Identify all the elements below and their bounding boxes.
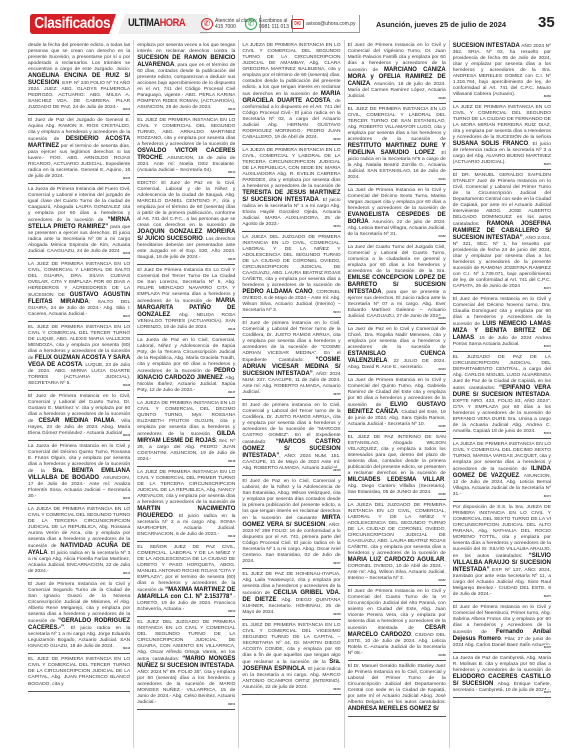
contact-email[interactable]: ✉ avisos@uhora.com.py: [290, 15, 360, 33]
notice-code: 89135: [122, 176, 130, 182]
notice-code: 89137: [122, 314, 130, 320]
legal-notice: LA JUEZA DEL JUZGADO DE PRIMERA INSTANCI…: [348, 502, 446, 586]
legal-notice: El Juez de Paz en lo Civil, Comercial y …: [242, 478, 340, 569]
contact-whatsapp-text: Escribinos al 0981 111 013: [259, 18, 289, 30]
notice-code: 89145: [227, 257, 235, 263]
legal-notice: El Juez de Primera Instancia en lo Civil…: [28, 393, 130, 441]
legal-notice: El Juez De Primera Instancia En Lo Civil…: [137, 267, 235, 335]
notice-code: 89175: [543, 594, 551, 600]
contact-phone-value: 415 7000: [215, 24, 236, 30]
contact-email-value: avisos@uhora.com.py: [306, 21, 356, 27]
page-number: 35: [538, 14, 555, 31]
notice-code: 89160: [438, 96, 446, 102]
notice-text: EL JUEZ DE PRIMERA INSTANCIA EN LO CIVIL…: [348, 107, 446, 142]
deceased-name: PEDRO ALDAMA CANO: [242, 289, 312, 295]
legal-notice: La Jueza de Primera Instancia en lo Civi…: [28, 443, 130, 504]
deceased-name: MARIA LUZ CARDOZO AGUILAR: [348, 557, 445, 563]
deceased-name: SUCESION INTESTADA: [453, 43, 520, 49]
logo-part-ultima: ULTIMA: [128, 17, 160, 29]
notice-text: La Juez de Primera Instancia en lo Civil…: [348, 188, 446, 211]
notice-code: 89159: [332, 687, 340, 693]
notice-text: Por disposición de S.S. la Sra. JUEZA DE…: [453, 505, 551, 559]
column-5: SUCESION INTESTADA AÑO 2024 Nº 352. SRIA…: [449, 40, 554, 748]
legal-notice: La Jueza de Paz en lo Civil, Comercial, …: [137, 337, 235, 398]
legal-notice: La Juez de Paz en lo Civil y Comercial d…: [348, 326, 446, 375]
notice-code: 89171: [543, 286, 551, 292]
notice-code: 89153: [332, 224, 340, 230]
notice-details: . EXPTE NRO. 423, FOLIO 83, AÑO 2024”. C…: [453, 393, 551, 434]
legal-notice: La Jueza de Paz de Cambyretá, Abg. María…: [453, 655, 551, 698]
section-title: Clasificados: [30, 14, 116, 34]
notice-code: 89141: [122, 571, 130, 577]
notice-text: emplaza por sesenta veces a los que teng…: [137, 43, 235, 54]
notice-code: 89148: [227, 459, 235, 465]
notice-code: 89146: [227, 327, 235, 333]
notice-code: 89144: [227, 170, 235, 176]
notice-text: El DR. MANUEL GERALDO SAIFILDIN STANLEY …: [453, 173, 551, 227]
notice-text: LA JUEZ DE PRIMERA INSTANCIA EN LO CIVIL…: [137, 470, 235, 505]
notice-details: , AÑO: 2024 Nº 269 FOLIO: 16 de conformi…: [242, 523, 340, 564]
legal-notice: La Juez de Primera Instancia en lo Civil…: [348, 187, 446, 242]
legal-notice: El Juez de Paz del Juzgado de General E.…: [28, 117, 130, 184]
notice-code: 89161: [438, 177, 446, 183]
notice-code: 89177: [543, 690, 551, 696]
legal-notice: EL JUEZ DE PRIMERA INSTANCIA EN LO CIVIL…: [28, 324, 130, 391]
deceased-name: ANDRESA MERELES GOMEZ S/: [348, 706, 439, 712]
contact-whatsapp[interactable]: ✆ Escribinos al 0981 111 013: [244, 15, 293, 33]
notice-details: AÑO 2024 Nº 352. SRIA. Nº 02, ha resuelt…: [453, 44, 551, 97]
legal-notice: El Juez de primera instancia en lo Civil…: [242, 402, 340, 476]
whatsapp-icon: ✆: [245, 18, 257, 30]
notice-text: EL SEÑOR JUEZ DE PAZ CIVIL, COMERCIAL, L…: [137, 545, 235, 593]
notice-code: 89136: [122, 251, 130, 257]
legal-notice: LA JUEZA DE PRIMERA INSTANCIA EN LO CIVI…: [28, 506, 130, 579]
deceased-name: CESAR MEDINA PALMA: [39, 418, 115, 424]
legal-notice: EL SEÑOR JUEZ DE PAZ CIVIL, COMERCIAL, L…: [137, 544, 235, 617]
notice-code: 89139: [122, 433, 130, 439]
legal-notice: emplaza por sesenta veces a los que teng…: [137, 42, 235, 115]
notice-details: por el termino de sesenta días, para eje…: [28, 144, 130, 179]
legal-notice: LA JUEZ DE PRIMERA INSTANCIA EN LO CIVIL…: [28, 261, 130, 322]
logo-part-hora: HORA: [160, 17, 186, 29]
notice-code: 89154: [332, 310, 340, 316]
legal-notice: LA JUEZA DE PRIMERA INSTANCIA EN LO CIVI…: [453, 441, 551, 502]
notice-details: . AÑO: 2024 Nº 89. FOLIO 35”, cita y emp…: [137, 664, 235, 705]
page-header: Clasificados ULTIMAHORA ✆ Atención al cl…: [0, 0, 580, 42]
notice-code: 89150: [227, 609, 235, 615]
notice-text: La Jueza de Paz de Cambyretá, Abg. María…: [453, 656, 551, 673]
notice-text: La Juez del Cuarto Turno del Juzgado Civ…: [348, 245, 446, 274]
notice-text: EL JUEZ DE PAZ INTERINO DE SAN ESTANISLA…: [348, 435, 446, 476]
notice-code: 89168: [438, 653, 446, 659]
legal-notice: EL JUEZ DE PAZ INTERINO DE SAN ESTANISLA…: [348, 434, 446, 500]
deceased-name: MILCIADES LEDESMA VILLAR: [348, 477, 445, 483]
legal-notice: EL JUZGADO DE PAZ DE LA CIRCUNSCRIPCION …: [453, 354, 551, 439]
notice-code: 89143: [227, 107, 235, 113]
column-1: desde la fecha del presente edicto, a to…: [28, 40, 133, 748]
notice-code: 89155: [332, 392, 340, 398]
legal-notice: EL JUEZ DE PRIMERA INSTANCIA EN LO CIVIL…: [242, 622, 340, 695]
legal-notice: El Juez de Primera Instancia en lo Civil…: [453, 296, 551, 352]
notice-code: 89140: [122, 496, 130, 502]
notice-code: 89167: [438, 578, 446, 584]
notice-details: , AÑO 2.024, Nº 321, SEC. Nº 1, ha resue…: [453, 236, 551, 289]
deceased-name: SUSANA SOLIS FRANCO: [453, 141, 528, 147]
legal-notice: El Juez de Primera Instancia en lo Civil…: [28, 581, 130, 654]
notice-code: 89142: [122, 646, 130, 652]
classifieds-columns: desde la fecha del presente edicto, a to…: [28, 40, 554, 748]
notice-code: 89149: [227, 534, 235, 540]
legal-notice: La Jueza de Primera Instancia del Fuero …: [28, 186, 130, 259]
notice-text: LA JUEZA DEL JUZGADO DE PRIMERA INSTANCI…: [242, 235, 340, 288]
mail-icon: ✉: [291, 19, 304, 29]
legal-notice: LA JUEZ DE PRIMERA INSTANCIA EN LO CIVIL…: [137, 469, 235, 542]
legal-notice: EL JUEZ DE PRIMERA INSTANCIA EN LO CIVIL…: [348, 106, 446, 185]
notice-code: 89170: [543, 162, 551, 168]
notice-details: , de conformidad a lo dispuesto en el Ar…: [242, 99, 340, 140]
notice-code: 89152: [332, 137, 340, 143]
notice-code: 89151: [227, 702, 235, 708]
notice-code: 89176: [543, 645, 551, 651]
legal-notice: LA JUEZA DE PRIMERA INSTANCIA EN LO CIVI…: [242, 147, 340, 232]
newspaper-logo: ULTIMAHORA: [128, 17, 185, 29]
notice-text: La Juez de Paz en lo Civil y Comercial d…: [348, 327, 446, 350]
legal-notice: LA JUEZA DE PRIMERA INSTANCIA EN LO CIVI…: [137, 400, 235, 467]
notice-code: 89173: [543, 431, 551, 437]
legal-notice: EDICTO: El Juez de Paz en lo Civil, Come…: [137, 180, 235, 265]
legal-notice: El Dr. Manuel Geraldo Saifildin Stanley …: [348, 663, 446, 717]
legal-notice: El Juez de Primera Instancia en lo Civil…: [348, 42, 446, 104]
notice-details: , para que en el término de 60 días, con…: [137, 63, 235, 110]
column-3: LA JUEZA DE PRIMERA INSTANCIA EN LO CIVI…: [238, 40, 343, 748]
legal-notice: desde la fecha del presente edicto, a to…: [28, 42, 130, 115]
legal-notice: EL JUEZ DEL JUZGADO DE PRIMERA INSTANCIA…: [137, 619, 235, 710]
notice-code: 89134: [122, 107, 130, 113]
notice-text: EDICTO: El Juez de Paz en lo Civil, Come…: [137, 181, 235, 228]
notice-code: 89157: [332, 561, 340, 567]
notice-text: LA JUEZA DE PRIMERA INSTANCIA EN LO CIVI…: [242, 148, 340, 189]
notice-code: 89138: [122, 383, 130, 389]
legal-notice: Por disposición de S.S. la Sra. JUEZA DE…: [453, 504, 551, 602]
notice-text: EL JUEZ DE PRIMERA INSTANCIA EN LO CIVIL…: [137, 118, 235, 147]
notice-code: 89165: [438, 424, 446, 430]
notice-code: 89164: [438, 367, 446, 373]
legal-notice: LA JUEZA DEL JUZGADO DE PRIMERA INSTANCI…: [242, 234, 340, 318]
notice-text: LA JUEZ DE PRIMERA INSTANCIA EN LO CIVIL…: [453, 105, 551, 140]
notice-code: 89163: [438, 316, 446, 322]
notice-code: 89156: [332, 468, 340, 474]
notice-text: EL JUEZ DE PRIMERA INSTANCIA EN LO CIVIL…: [28, 657, 130, 687]
notice-text: desde la fecha del presente edicto, a to…: [28, 43, 130, 72]
legal-notice: El DR. MANUEL GERALDO SAIFILDIN STANLEY …: [453, 172, 551, 294]
legal-notice: SUCESION INTESTADA AÑO 2024 Nº 352. SRIA…: [453, 42, 551, 102]
legal-notice: LA JUEZ DE PRIMERA INSTANCIA EN LO CIVIL…: [453, 104, 551, 170]
notice-text: El Dr. Manuel Geraldo Saifildin Stanley …: [348, 664, 446, 705]
notice-code: 89166: [438, 492, 446, 498]
notice-text: LA JUEZA DEL JUZGADO DE PRIMERA INSTANCI…: [348, 503, 446, 556]
notice-code: 89169: [543, 94, 551, 100]
notice-code: 89147: [227, 390, 235, 396]
issue-date: Asunción, jueves 25 de julio de 2024: [376, 20, 506, 29]
notice-code: 89172: [543, 344, 551, 350]
notice-text: EL JUEZ DE PRIMERA INSTANCIA EN LO CIVIL…: [242, 623, 340, 665]
legal-notice: LA JUEZA DE PRIMERA INSTANCIA EN LO CIVI…: [242, 42, 340, 145]
legal-notice: EL JUEZ DE PAZ DE HOHENAU-ITAPUA, Abg. L…: [242, 571, 340, 620]
legal-notice: El Juez de Primera Instancia en lo Civil…: [453, 604, 551, 653]
notice-text: LA JUEZA DE PRIMERA INSTANCIA EN LO CIVI…: [242, 43, 340, 97]
legal-notice: El Juez de Primera Instancia en lo Civil…: [348, 588, 446, 661]
notice-code: 89174: [543, 494, 551, 500]
contact-whatsapp-value: 0981 111 013: [259, 24, 289, 30]
legal-notice: La Juez de Primera Instancia en lo Civil…: [348, 377, 446, 432]
notice-code: 89162: [438, 234, 446, 240]
deceased-name: RESTITUTO MARTINEZ DURE Y FIDELINA SAMUD…: [348, 143, 446, 156]
column-4: El Juez de Primera Instancia en lo Civil…: [344, 40, 449, 748]
legal-notice: La Juez del Cuarto Turno del Juzgado Civ…: [348, 244, 446, 324]
legal-notice: EL JUEZ DE PRIMERA INSTANCIA EN LO CIVIL…: [137, 117, 235, 178]
phone-icon: ✆: [201, 18, 213, 30]
column-2: emplaza por sesenta veces a los que teng…: [133, 40, 238, 748]
legal-notice: El Juez de primera instancia en lo Civil…: [242, 320, 340, 400]
notice-code: 89158: [332, 612, 340, 618]
legal-notice: EL JUEZ DE PRIMERA INSTANCIA EN LO CIVIL…: [28, 656, 130, 692]
